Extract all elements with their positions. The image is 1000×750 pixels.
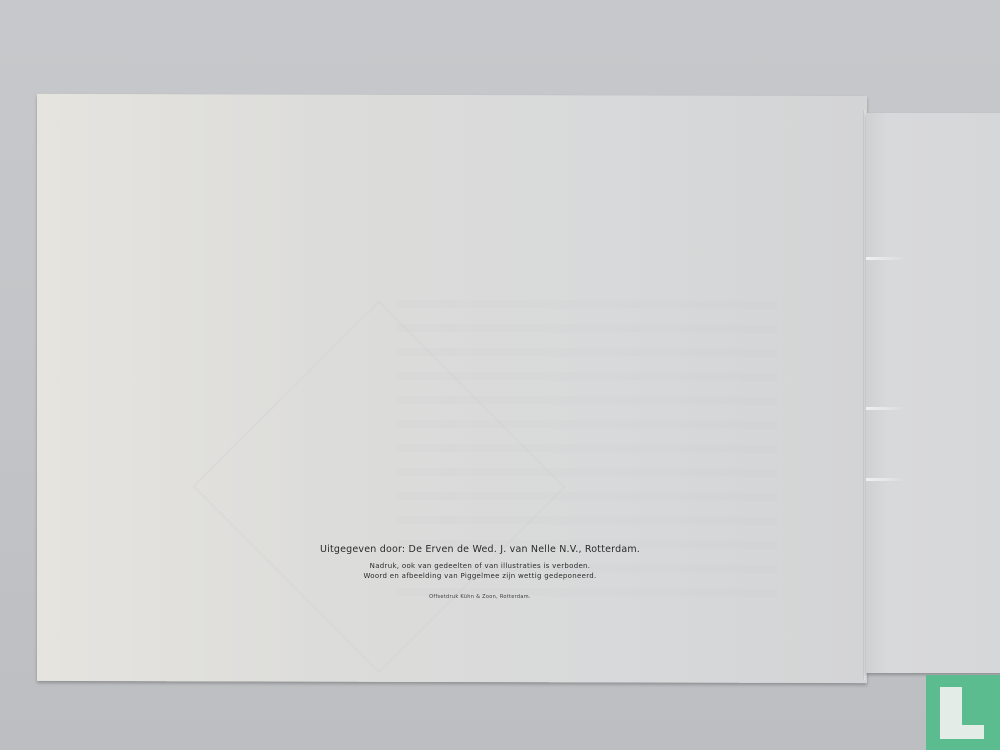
printer-line: Offsetdruk Kühn & Zoon, Rotterdam. <box>300 594 660 600</box>
staple-crease <box>866 478 906 481</box>
publisher-line: Uitgegeven door: De Erven de Wed. J. van… <box>300 544 660 555</box>
trademark-notice-line: Woord en afbeelding van Piggelmee zijn w… <box>300 571 660 581</box>
staple-crease <box>866 257 906 260</box>
booklet-right-page <box>866 113 1000 673</box>
colophon: Uitgegeven door: De Erven de Wed. J. van… <box>300 544 660 605</box>
lastdodo-logo-icon <box>926 675 1000 750</box>
copyright-notice-line: Nadruk, ook van gedeelten of van illustr… <box>300 561 660 571</box>
staple-crease <box>866 407 906 410</box>
